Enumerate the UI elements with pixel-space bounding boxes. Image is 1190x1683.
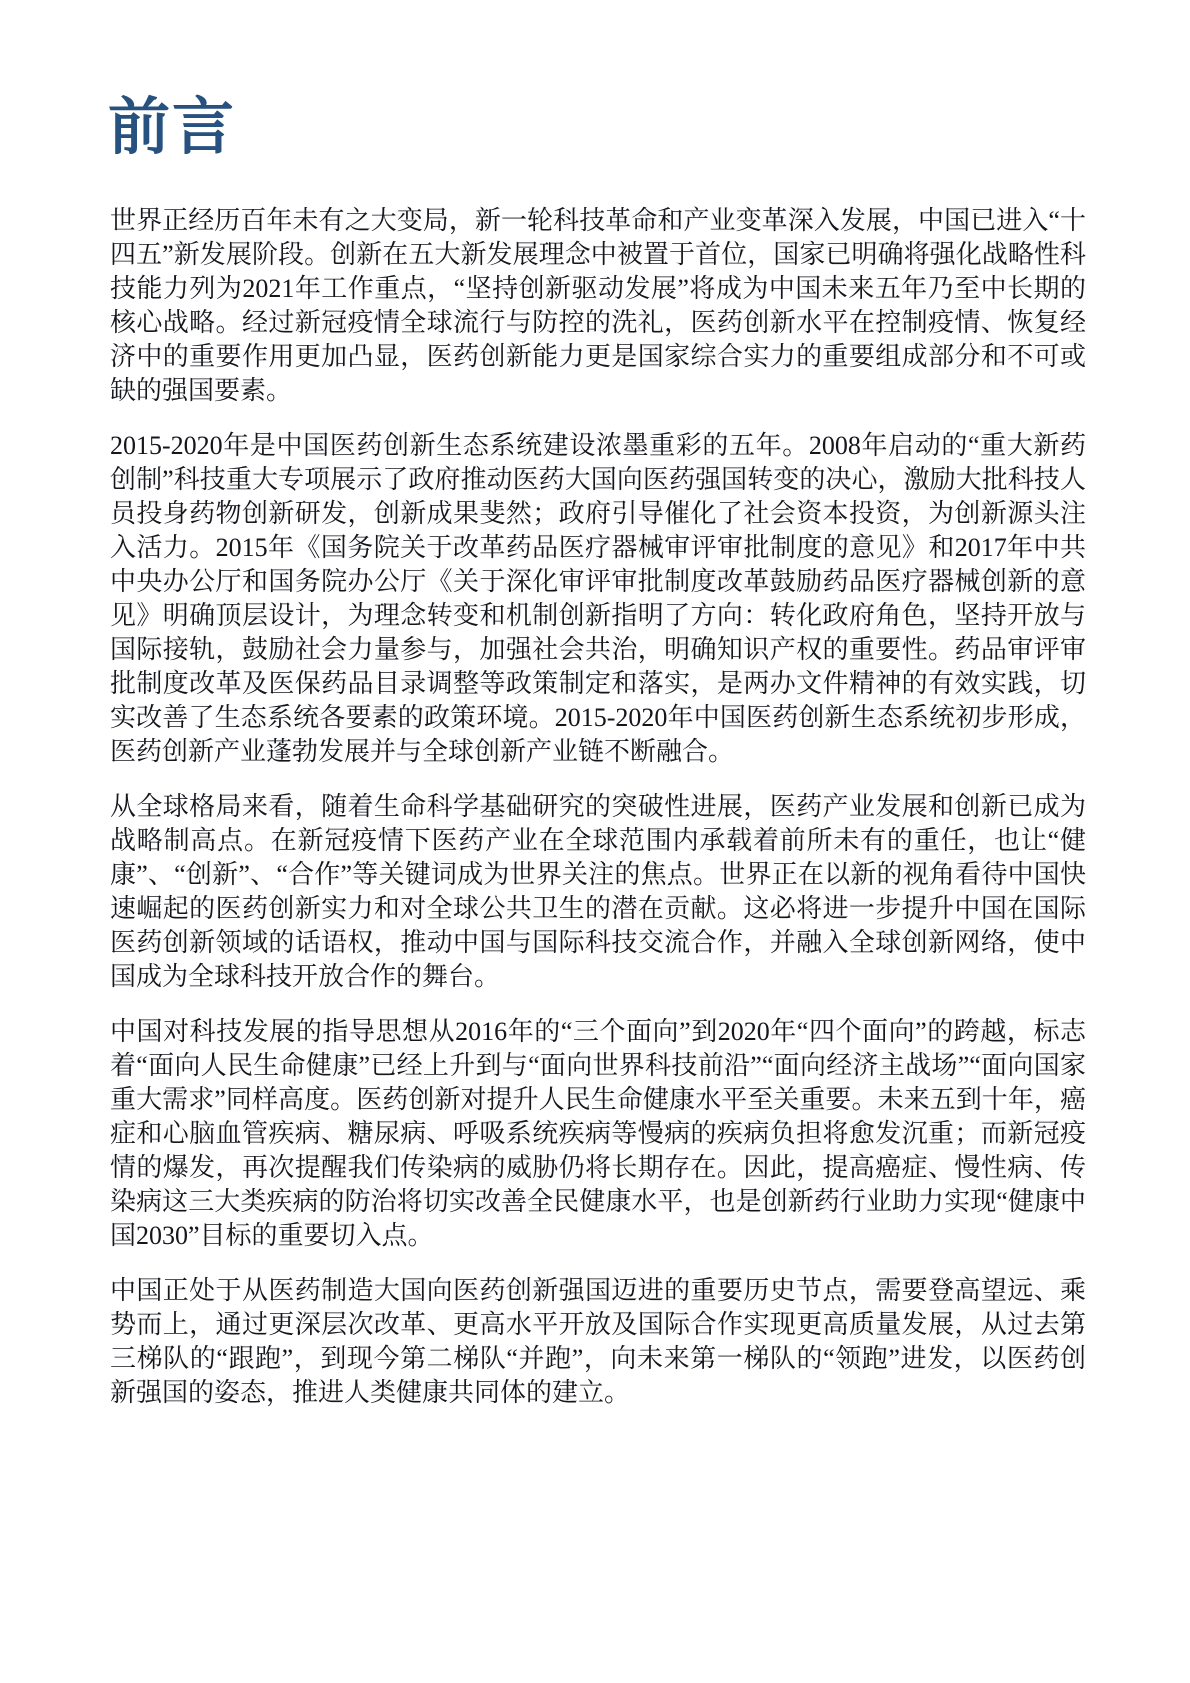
paragraph-5: 中国正处于从医药制造大国向医药创新强国迈进的重要历史节点，需要登高望远、乘势而上… xyxy=(110,1274,1086,1410)
page-title: 前言 xyxy=(108,96,1190,160)
paragraph-4: 中国对科技发展的指导思想从2016年的“三个面向”到2020年“四个面向”的跨越… xyxy=(110,1015,1086,1253)
body-text: 世界正经历百年未有之大变局，新一轮科技革命和产业变革深入发展，中国已进入“十四五… xyxy=(110,204,1086,1410)
paragraph-2: 2015-2020年是中国医药创新生态系统建设浓墨重彩的五年。2008年启动的“… xyxy=(110,429,1086,769)
paragraph-3: 从全球格局来看，随着生命科学基础研究的突破性进展，医药产业发展和创新已成为战略制… xyxy=(110,790,1086,994)
document-page: 前言 世界正经历百年未有之大变局，新一轮科技革命和产业变革深入发展，中国已进入“… xyxy=(0,0,1190,1683)
paragraph-1: 世界正经历百年未有之大变局，新一轮科技革命和产业变革深入发展，中国已进入“十四五… xyxy=(110,204,1086,408)
